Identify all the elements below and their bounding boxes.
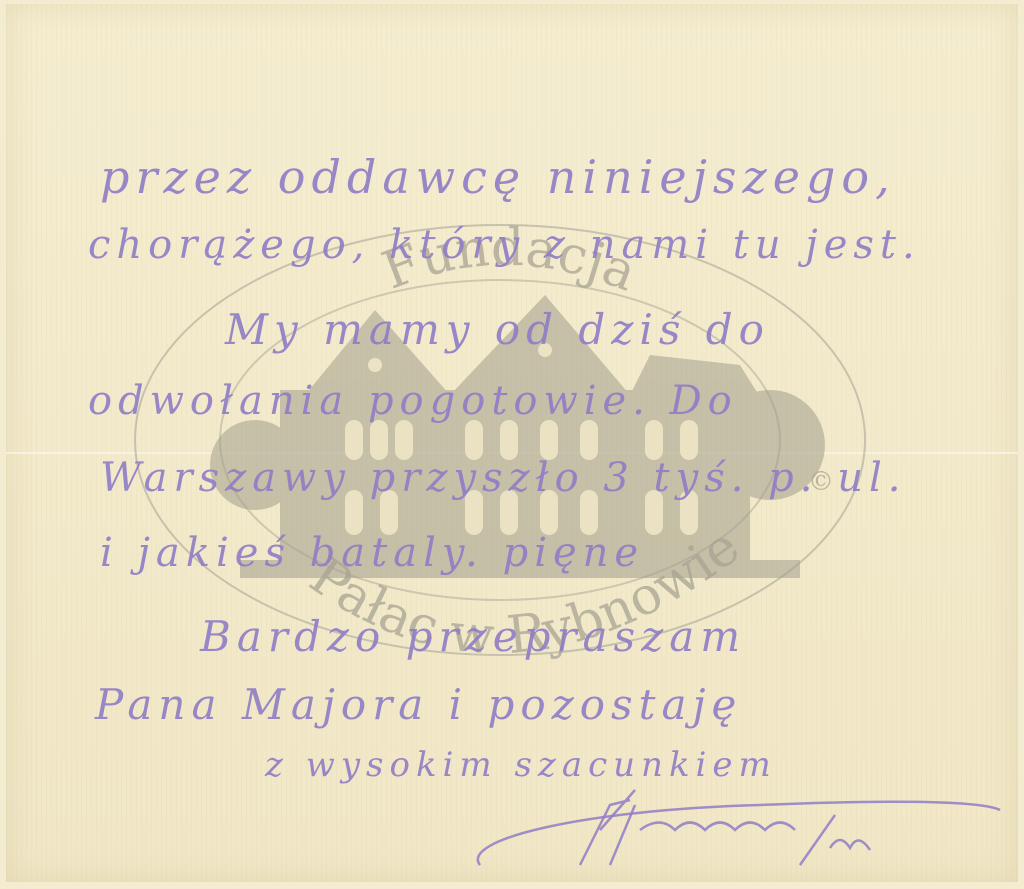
letter-line-4: odwołania pogotowie. Do [88, 378, 738, 424]
letter-line-5: Warszawy przyszło 3 tyś. p. ul. [100, 455, 906, 501]
letter-line-6: i jakieś bataly. pięne [100, 530, 644, 576]
letter-line-3: My mamy od dziś do [225, 305, 770, 354]
letter-line-8: Pana Majora i pozostaję [95, 680, 742, 729]
svg-text:A. Wasowski: A. Wasowski [629, 844, 637, 846]
watermark-stamp: Fundacja Pałac w Rybnowie © [130, 215, 870, 665]
letter-line-1: przez oddawcę niniejszego, [100, 150, 896, 204]
letter-line-2: chorążego, który z nami tu jest. [88, 222, 921, 268]
letter-line-7: Bardzo przepraszam [200, 612, 746, 661]
signature: A. Wasowski [460, 770, 1020, 880]
